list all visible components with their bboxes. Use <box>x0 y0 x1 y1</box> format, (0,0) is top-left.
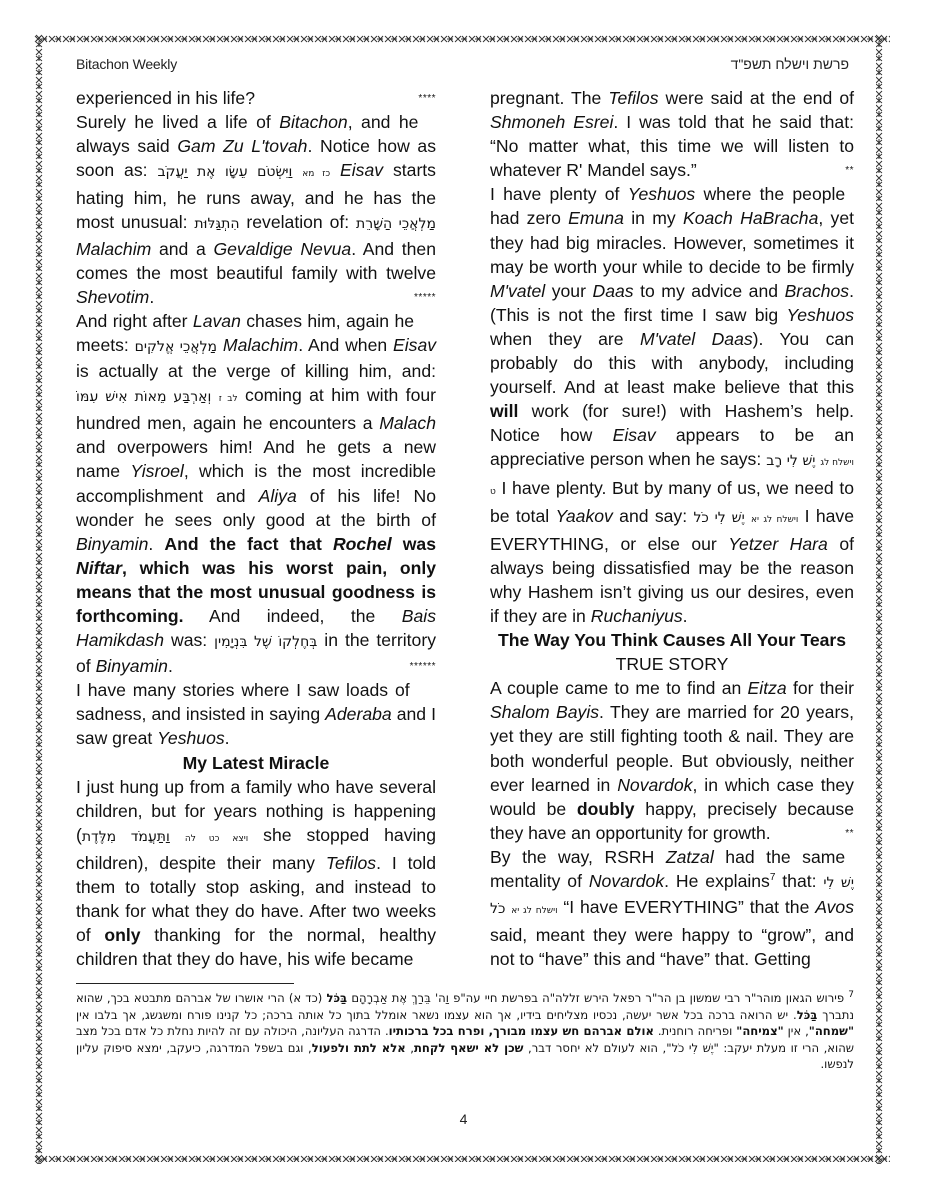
text-run: Binyamin <box>76 534 148 554</box>
text-run: "צמיחה" <box>736 1024 783 1038</box>
text-run: Eitza <box>748 678 787 698</box>
text-run: Surely he lived a life of <box>76 112 279 132</box>
verse-reference: לב ז <box>219 394 238 404</box>
paragraph: I have plenty of Yeshuos where the peopl… <box>490 182 854 628</box>
text-run: Aderaba <box>325 704 392 724</box>
text-run: פירוש הגאון מוהר"ר רבי שמשון בן הר"ר רפא… <box>347 991 848 1005</box>
verse-reference: וישלח לג יא <box>511 906 557 916</box>
text-run: M'vatel Daas <box>640 329 753 349</box>
text-run: revelation of: <box>240 212 357 232</box>
paragraph: I just hung up from a family who have se… <box>76 775 436 972</box>
text-run: for their <box>787 678 854 698</box>
text-run: . <box>168 656 173 676</box>
text-run: when they are <box>490 329 640 349</box>
text-run: ופריחה רוחנית. <box>654 1024 736 1038</box>
text-run: Rochel <box>333 534 392 554</box>
text-run: . <box>148 534 164 554</box>
hebrew-quote: הִתְגַּלּוּת <box>194 216 239 232</box>
text-run: בַּכֹּל <box>326 991 347 1005</box>
running-header: Bitachon Weekly פרשת וישלח תשפ"ד <box>76 56 849 76</box>
text-run: said, meant they were happy to “grow”, a… <box>490 925 854 969</box>
text-run: שכן לא ישאף לקחת <box>414 1041 524 1055</box>
text-run: Brachos <box>785 281 850 301</box>
section-heading: My Latest Miracle <box>76 751 436 775</box>
text-run: M'vatel <box>490 281 545 301</box>
section-stars: ***** <box>414 286 436 310</box>
footnote-number: 7 <box>848 990 854 1000</box>
text-run: and a <box>151 239 213 259</box>
text-run: Ruchaniyus <box>591 606 683 626</box>
section-subheading: TRUE STORY <box>490 652 854 676</box>
text-run: Koach HaBracha <box>683 208 818 228</box>
footnote: 7 פירוש הגאון מוהר"ר רבי שמשון בן הר"ר ר… <box>76 990 854 1073</box>
text-run: Lavan <box>193 311 241 331</box>
text-run: Zatzal <box>666 847 714 867</box>
text-run: Emuna <box>568 208 624 228</box>
text-run: אלא לתת ולפעול <box>312 1041 406 1055</box>
text-run: . <box>225 728 230 748</box>
text-run: Daas <box>592 281 633 301</box>
text-run: Yeshuos <box>628 184 696 204</box>
text-run: Malachim <box>76 239 151 259</box>
text-run: is actually at the verge of killing him,… <box>76 361 436 381</box>
text-run: Aliya <box>259 486 297 506</box>
text-run: "שמחה" <box>809 1024 854 1038</box>
publication-title: Bitachon Weekly <box>76 56 177 72</box>
section-stars: **** <box>418 87 436 111</box>
text-run: Novardok <box>617 775 692 795</box>
section-stars: ** <box>845 159 854 183</box>
text-run: Novardok <box>589 871 664 891</box>
text-run: that: <box>775 871 823 891</box>
text-run: was <box>392 534 436 554</box>
section-stars: ** <box>845 822 854 846</box>
text-run: Niftar <box>76 558 122 578</box>
text-run: And right after <box>76 311 193 331</box>
text-run: Malachim <box>223 335 298 355</box>
text-run: By the way, RSRH <box>490 847 666 867</box>
text-run: in my <box>624 208 683 228</box>
text-run: Malach <box>379 413 436 433</box>
verse-reference: כז מא <box>302 169 330 179</box>
text-run: Shmoneh Esrei <box>490 112 613 132</box>
text-run: Bitachon <box>279 112 347 132</box>
text-run: אולם אברהם חש עצמו מבורך, ופרח בכל ברכות… <box>389 1024 654 1038</box>
text-run: Gam Zu L'tovah <box>177 136 307 156</box>
text-run: doubly <box>577 799 635 819</box>
text-run: “I have EVERYTHING” that the <box>558 897 816 917</box>
text-run: . יש הרואה ברכה בכל אשר יעשה, נכסיו מצלי… <box>76 1008 797 1022</box>
text-run: Tefilos <box>326 853 376 873</box>
paragraph: experienced in his life? **** <box>76 86 436 110</box>
paragraph: By the way, RSRH Zatzal had the same men… <box>490 845 854 971</box>
paragraph: A couple came to me to find an Eitza for… <box>490 676 854 845</box>
text-run: Binyamin <box>96 656 168 676</box>
text-run: Eisav <box>340 160 383 180</box>
text-run: A couple came to me to find an <box>490 678 748 698</box>
section-heading: The Way You Think Causes All Your Tears <box>490 628 854 652</box>
text-run: Shalom Bayis <box>490 702 599 722</box>
hebrew-quote: יֶשׁ לִי כֹל <box>693 510 744 526</box>
text-run: experienced in his life? <box>76 88 255 108</box>
verse-reference: ויצא כט לה <box>185 834 248 844</box>
hebrew-quote: מַלְאֲכֵי הַשָּׁרֵת <box>356 216 436 232</box>
text-run: was: <box>164 630 214 650</box>
parsha-title: פרשת וישלח תשפ"ד <box>731 56 849 72</box>
text-run: , אין <box>784 1024 809 1038</box>
text-run: your <box>545 281 592 301</box>
text-run: בַּכֹּל <box>797 1008 818 1022</box>
text-run: And indeed, the <box>184 606 402 626</box>
hebrew-quote: וַתַּעֲמֹד מִלֶּדֶת <box>82 829 170 845</box>
hebrew-quote: בְּחֶלְקוֹ שֶׁל בִּנְיָמִין <box>214 634 317 650</box>
page-number: 4 <box>0 1111 927 1127</box>
text-run: Yisroel <box>130 461 183 481</box>
text-run: Yeshuos <box>787 305 855 325</box>
text-run: and say: <box>613 506 694 526</box>
hebrew-quote: וְאַרְבַּע מֵאוֹת אִישׁ עִמּוֹ <box>76 389 211 405</box>
text-run: Yetzer Hara <box>728 534 828 554</box>
hebrew-quote: יֶשׁ לִי רָב <box>766 453 815 469</box>
text-run: Shevotim <box>76 287 149 307</box>
text-run: Yeshuos <box>157 728 225 748</box>
hebrew-quote: מַלְאֲכֵי אֱלֹקִים <box>135 339 217 355</box>
text-run: will <box>490 401 518 421</box>
text-run: . <box>683 606 688 626</box>
text-run: Tefilos <box>608 88 658 108</box>
section-stars: ****** <box>410 655 436 679</box>
footnote-separator <box>76 983 294 984</box>
paragraph: Surely he lived a life of Bitachon, and … <box>76 110 436 309</box>
text-run: Avos <box>815 897 854 917</box>
text-run: . And when <box>298 335 393 355</box>
text-run: pregnant. The <box>490 88 608 108</box>
text-run: Eisav <box>613 425 656 445</box>
paragraph: I have many stories where I saw loads of… <box>76 678 436 750</box>
text-run: only <box>104 925 140 945</box>
text-run: . He explains <box>664 871 770 891</box>
text-run: Eisav <box>393 335 436 355</box>
text-run: to my advice and <box>634 281 785 301</box>
verse-reference: וישלח לג יא <box>751 515 798 525</box>
text-run: were said at the end of <box>659 88 854 108</box>
right-column: pregnant. The Tefilos were said at the e… <box>490 86 854 971</box>
text-run: Gevaldige Nevua <box>213 239 351 259</box>
paragraph: pregnant. The Tefilos were said at the e… <box>490 86 854 182</box>
text-run: And the fact that <box>164 534 333 554</box>
hebrew-quote: וַיִּשְׂטֹם עֵשָׂו אֶת יַעֲקֹב <box>157 164 292 180</box>
text-run: I have plenty of <box>490 184 628 204</box>
paragraph: And right after Lavan chases him, again … <box>76 309 436 678</box>
text-run: . <box>149 287 154 307</box>
text-run: , <box>406 1041 414 1055</box>
left-column: experienced in his life? **** Surely he … <box>76 86 436 971</box>
text-run: Yaakov <box>555 506 612 526</box>
